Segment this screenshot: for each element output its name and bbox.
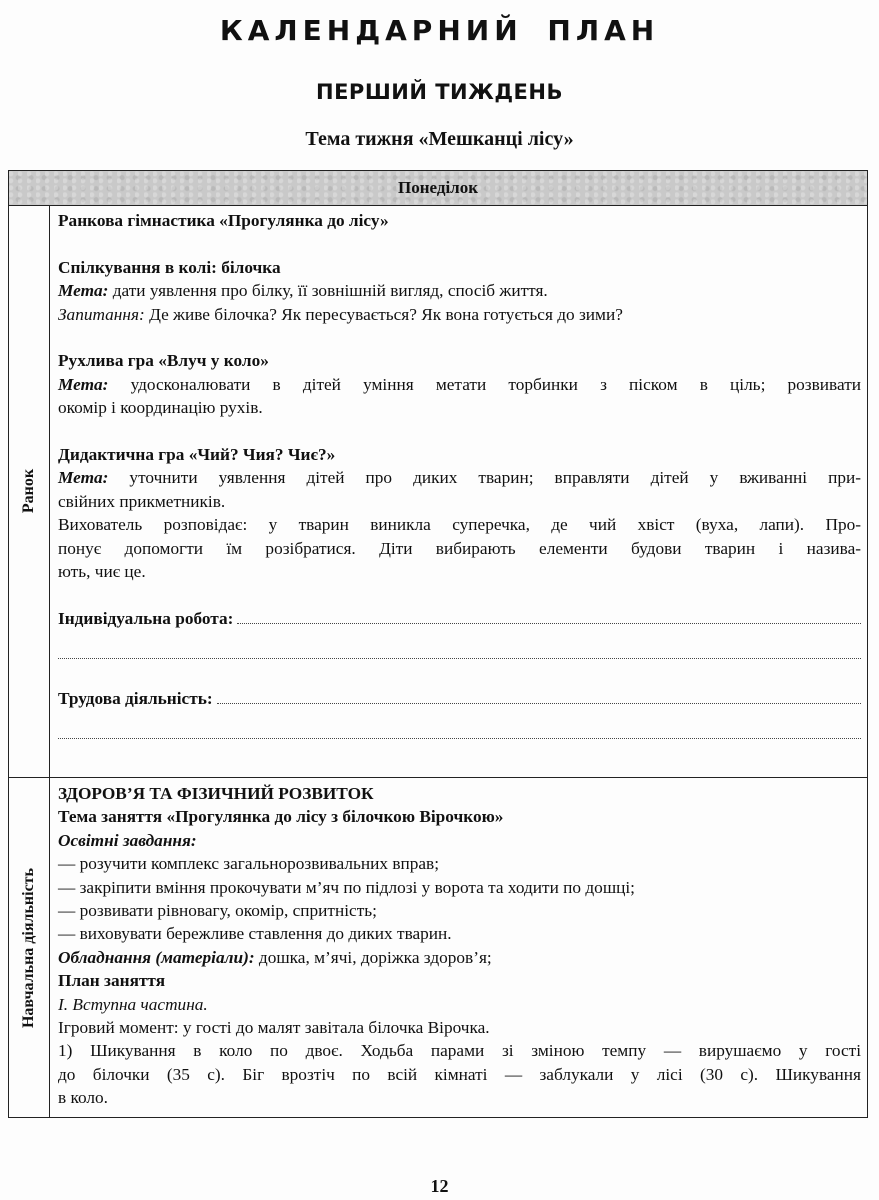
active-game-goal-cont: окомір і координацію рухів. (58, 396, 861, 419)
active-game-goal: Мета: удосконалювати в дітей уміння мета… (58, 373, 861, 396)
task-item: — розвивати рівновагу, окомір, спритніст… (58, 899, 861, 922)
tasks-label: Освітні завдання: (58, 829, 861, 852)
lesson-label-cell: Навчальна діяльність (9, 778, 50, 1117)
morning-content: Ранкова гімнастика «Прогулянка до лісу» … (58, 205, 861, 777)
didactic-game-story-3: ють, чиє це. (58, 560, 861, 583)
lesson-side-label: Навчальна діяльність (20, 867, 38, 1027)
individual-work-field-line2[interactable] (58, 644, 861, 659)
lesson-area: ЗДОРОВ’Я ТА ФІЗИЧНИЙ РОЗВИТОК (58, 782, 861, 805)
questions-text: Де живе білочка? Як пересувається? Як во… (145, 305, 623, 324)
morning-section: Ранок Ранкова гімнастика «Прогулянка до … (9, 205, 867, 778)
equipment-text: дошка, м’ячі, доріжка здоров’я; (255, 948, 492, 967)
lesson-section: Навчальна діяльність ЗДОРОВ’Я ТА ФІЗИЧНИ… (9, 778, 867, 1117)
labor-field[interactable] (217, 689, 861, 704)
equipment-label: Обладнання (матеріали): (58, 948, 255, 967)
day-header: Понеділок (9, 171, 867, 206)
labor-row: Трудова діяльність: (58, 687, 861, 710)
game-moment: Ігровий момент: у гості до малят завітал… (58, 1016, 861, 1039)
page-title: КАЛЕНДАРНИЙ ПЛАН (0, 14, 879, 47)
task-item: — виховувати бережливе ставлення до дики… (58, 922, 861, 945)
labor-label: Трудова діяльність: (58, 687, 213, 710)
week-theme: Тема тижня «Мешканці лісу» (0, 128, 879, 151)
active-game-title: Рухлива гра «Влуч у коло» (58, 349, 861, 372)
didactic-game-story-2: понує допомогти їм розібратися. Діти виб… (58, 537, 861, 560)
step1-line1: 1) Шикування в коло по двоє. Ходьба пара… (58, 1039, 861, 1062)
didactic-game-goal-cont: свійних прикметників. (58, 490, 861, 513)
circle-talk-goal: Мета: дати уявлення про білку, її зовніш… (58, 279, 861, 302)
page-number: 12 (0, 1176, 879, 1197)
goal-text: удосконалювати в дітей уміння метати тор… (108, 375, 861, 394)
plan-label: План заняття (58, 969, 861, 992)
goal-text: уточнити уявлення дітей про диких тварин… (108, 468, 861, 487)
gymnastics-title: Ранкова гімнастика «Прогулянка до лісу» (58, 209, 861, 232)
circle-talk-questions: Запитання: Де живе білочка? Як пересуває… (58, 303, 861, 326)
didactic-game-goal: Мета: уточнити уявлення дітей про диких … (58, 466, 861, 489)
morning-side-label: Ранок (20, 469, 38, 513)
task-item: — розучити комплекс загальнорозвивальних… (58, 852, 861, 875)
goal-label: Мета: (58, 375, 108, 394)
calendar-plan-table: Понеділок Ранок Ранкова гімнастика «Прог… (8, 170, 868, 1118)
questions-label: Запитання: (58, 305, 145, 324)
step1-line3: в коло. (58, 1086, 861, 1109)
lesson-content: ЗДОРОВ’Я ТА ФІЗИЧНИЙ РОЗВИТОК Тема занят… (58, 778, 861, 1117)
labor-field-line2[interactable] (58, 724, 861, 739)
lesson-topic: Тема заняття «Прогулянка до лісу з білоч… (58, 805, 861, 828)
goal-label: Мета: (58, 281, 108, 300)
equipment: Обладнання (матеріали): дошка, м’ячі, до… (58, 946, 861, 969)
step1-line2: до білочки (35 с). Біг врозтіч по всій к… (58, 1063, 861, 1086)
goal-text: дати уявлення про білку, її зовнішній ви… (108, 281, 547, 300)
morning-label-cell: Ранок (9, 205, 50, 777)
didactic-game-title: Дидактична гра «Чий? Чия? Чиє?» (58, 443, 861, 466)
individual-work-field[interactable] (237, 609, 861, 624)
didactic-game-story-1: Вихователь розповідає: у тварин виникла … (58, 513, 861, 536)
week-title: ПЕРШИЙ ТИЖДЕНЬ (0, 80, 879, 104)
part1-label: I. Вступна частина. (58, 993, 861, 1016)
individual-work-label: Індивідуальна робота: (58, 607, 233, 630)
goal-label: Мета: (58, 468, 108, 487)
circle-talk-title: Спілкування в колі: білочка (58, 256, 861, 279)
task-item: — закріпити вміння прокочувати м’яч по п… (58, 876, 861, 899)
individual-work-row: Індивідуальна робота: (58, 607, 861, 630)
